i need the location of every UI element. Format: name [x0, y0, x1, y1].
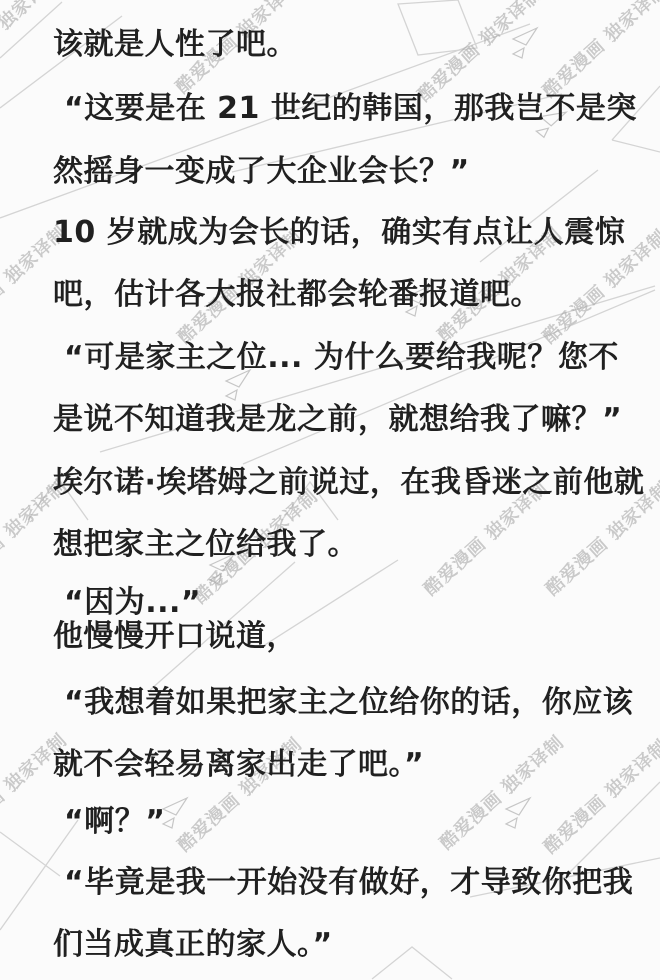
text-line: 是说不知道我是龙之前，就想给我了嘛？” [53, 403, 622, 437]
text-line: 想把家主之位给我了。 [53, 528, 358, 562]
text-line: 埃尔诺·埃塔姆之前说过，在我昏迷之前他就 [53, 466, 644, 500]
text-layer: 该就是人性了吧。 “这要是在 21 世纪的韩国，那我岂不是突 然摇身一变成了大企… [0, 0, 660, 980]
text-line: 10 岁就成为会长的话，确实有点让人震惊 [53, 216, 625, 250]
text-line: 然摇身一变成了大企业会长？” [53, 155, 470, 189]
text-line: “毕竟是我一开始没有做好，才导致你把我 [64, 866, 633, 900]
text-line: 就不会轻易离家出走了吧。” [53, 748, 424, 782]
text-line: “可是家主之位... 为什么要给我呢？您不 [64, 341, 619, 375]
text-line: “因为...” [64, 586, 201, 620]
text-line: 该就是人性了吧。 [53, 28, 297, 62]
novel-page: 酷爱漫画 独家译制 酷爱漫画 独家译制 酷爱漫画 独家译制 酷爱漫画 独家译制 … [0, 0, 660, 980]
text-line: 们当成真正的家人。” [53, 928, 333, 962]
text-line: “我想着如果把家主之位给你的话，你应该 [64, 686, 633, 720]
text-line: 吧，估计各大报社都会轮番报道吧。 [53, 278, 541, 312]
text-line: “这要是在 21 世纪的韩国，那我岂不是突 [64, 92, 637, 126]
text-line: 他慢慢开口说道， [53, 620, 297, 654]
text-line: “啊？” [64, 805, 165, 839]
